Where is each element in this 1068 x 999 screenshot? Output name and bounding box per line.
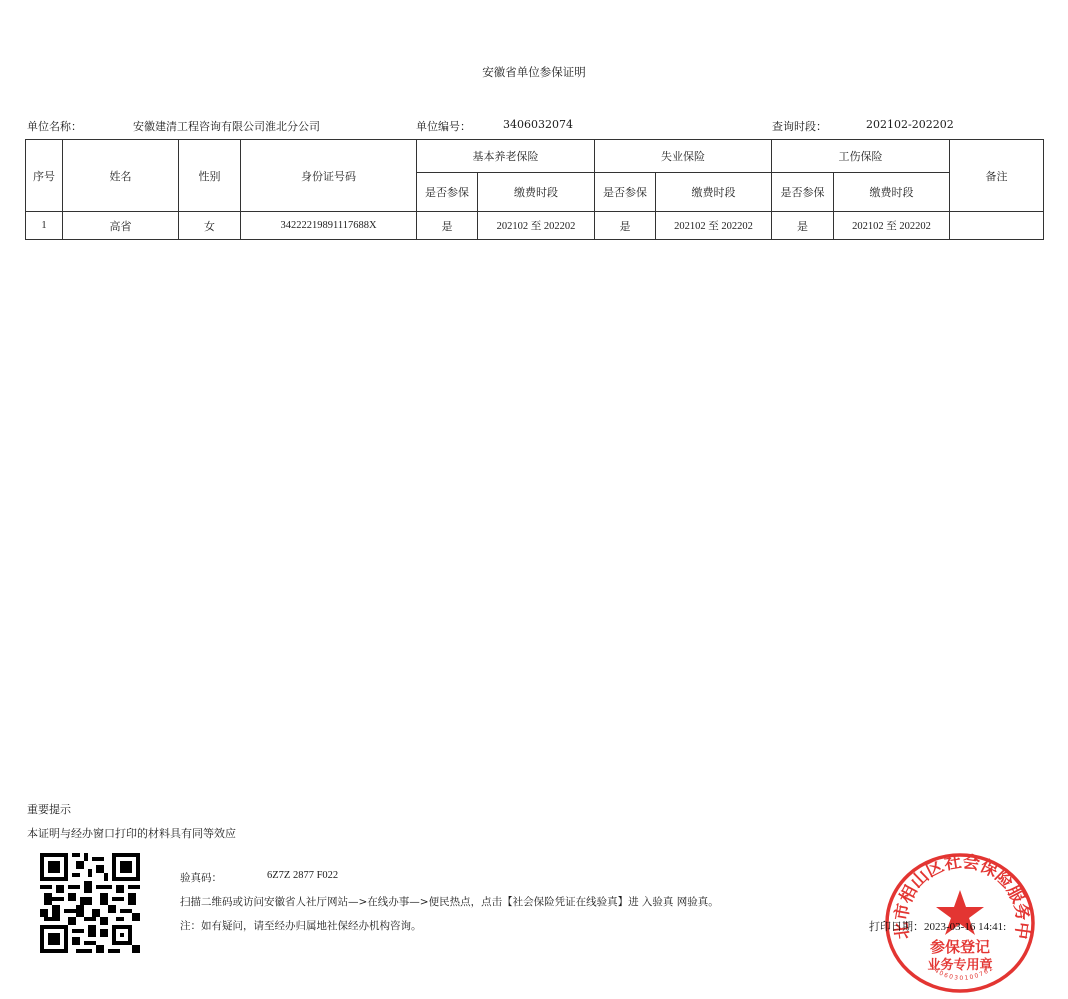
cell-unemployment-insured: 是 <box>595 212 656 240</box>
document-title: 安徽省单位参保证明 <box>0 64 1068 80</box>
cell-name: 高省 <box>63 212 179 240</box>
cell-gender: 女 <box>179 212 241 240</box>
cell-id-number: 34222219891117688X <box>241 212 417 240</box>
header-unemployment: 失业保险 <box>595 140 772 173</box>
unit-code: 3406032074 <box>503 118 573 131</box>
verification-code-label: 验真码： <box>180 870 222 885</box>
cell-index: 1 <box>26 212 63 240</box>
verification-code: 6Z7Z 2877 F022 <box>267 870 338 881</box>
cell-injury-insured: 是 <box>772 212 834 240</box>
cell-pension-period: 202102 至 202202 <box>478 212 595 240</box>
cell-injury-period: 202102 至 202202 <box>834 212 950 240</box>
insurance-table: 序号 姓名 性别 身份证号码 基本养老保险 失业保险 工伤保险 备注 是否参保 … <box>25 139 1044 240</box>
cell-unemployment-period: 202102 至 202202 <box>656 212 772 240</box>
unit-code-label: 单位编号： <box>416 118 471 134</box>
header-unemployment-insured: 是否参保 <box>595 173 656 212</box>
verification-instructions: 扫描二维码或访问安徽省人社厅网站—>在线办事—>便民热点，点击【社会保险凭证在线… <box>180 894 719 909</box>
query-period-label: 查询时段： <box>772 118 827 134</box>
cell-remarks <box>950 212 1044 240</box>
print-date-value: 2023-03-16 14:41: <box>924 921 1006 933</box>
header-injury: 工伤保险 <box>772 140 950 173</box>
notice-heading: 重要提示 <box>27 801 71 817</box>
header-pension: 基本养老保险 <box>417 140 595 173</box>
header-injury-period: 缴费时段 <box>834 173 950 212</box>
verification-note: 注：如有疑问，请至经办归属地社保经办机构咨询。 <box>180 918 422 933</box>
query-period: 202102-202202 <box>866 118 954 131</box>
print-date-label: 打印日期： <box>869 920 924 933</box>
notice-text: 本证明与经办窗口打印的材料具有同等效应 <box>27 825 236 841</box>
qr-code-icon <box>40 853 140 953</box>
header-name: 姓名 <box>63 140 179 212</box>
unit-name-label: 单位名称： <box>27 118 82 134</box>
header-gender: 性别 <box>179 140 241 212</box>
unit-name: 安徽建清工程咨询有限公司淮北分公司 <box>133 118 320 134</box>
seal-line1: 参保登记 <box>930 938 990 956</box>
header-index: 序号 <box>26 140 63 212</box>
header-id-number: 身份证号码 <box>241 140 417 212</box>
header-injury-insured: 是否参保 <box>772 173 834 212</box>
cell-pension-insured: 是 <box>417 212 478 240</box>
header-unemployment-period: 缴费时段 <box>656 173 772 212</box>
header-pension-insured: 是否参保 <box>417 173 478 212</box>
header-pension-period: 缴费时段 <box>478 173 595 212</box>
table-row: 1 高省 女 34222219891117688X 是 202102 至 202… <box>26 212 1044 240</box>
header-remarks: 备注 <box>950 140 1044 212</box>
print-date: 打印日期：2023-03-16 14:41: <box>869 918 1006 934</box>
